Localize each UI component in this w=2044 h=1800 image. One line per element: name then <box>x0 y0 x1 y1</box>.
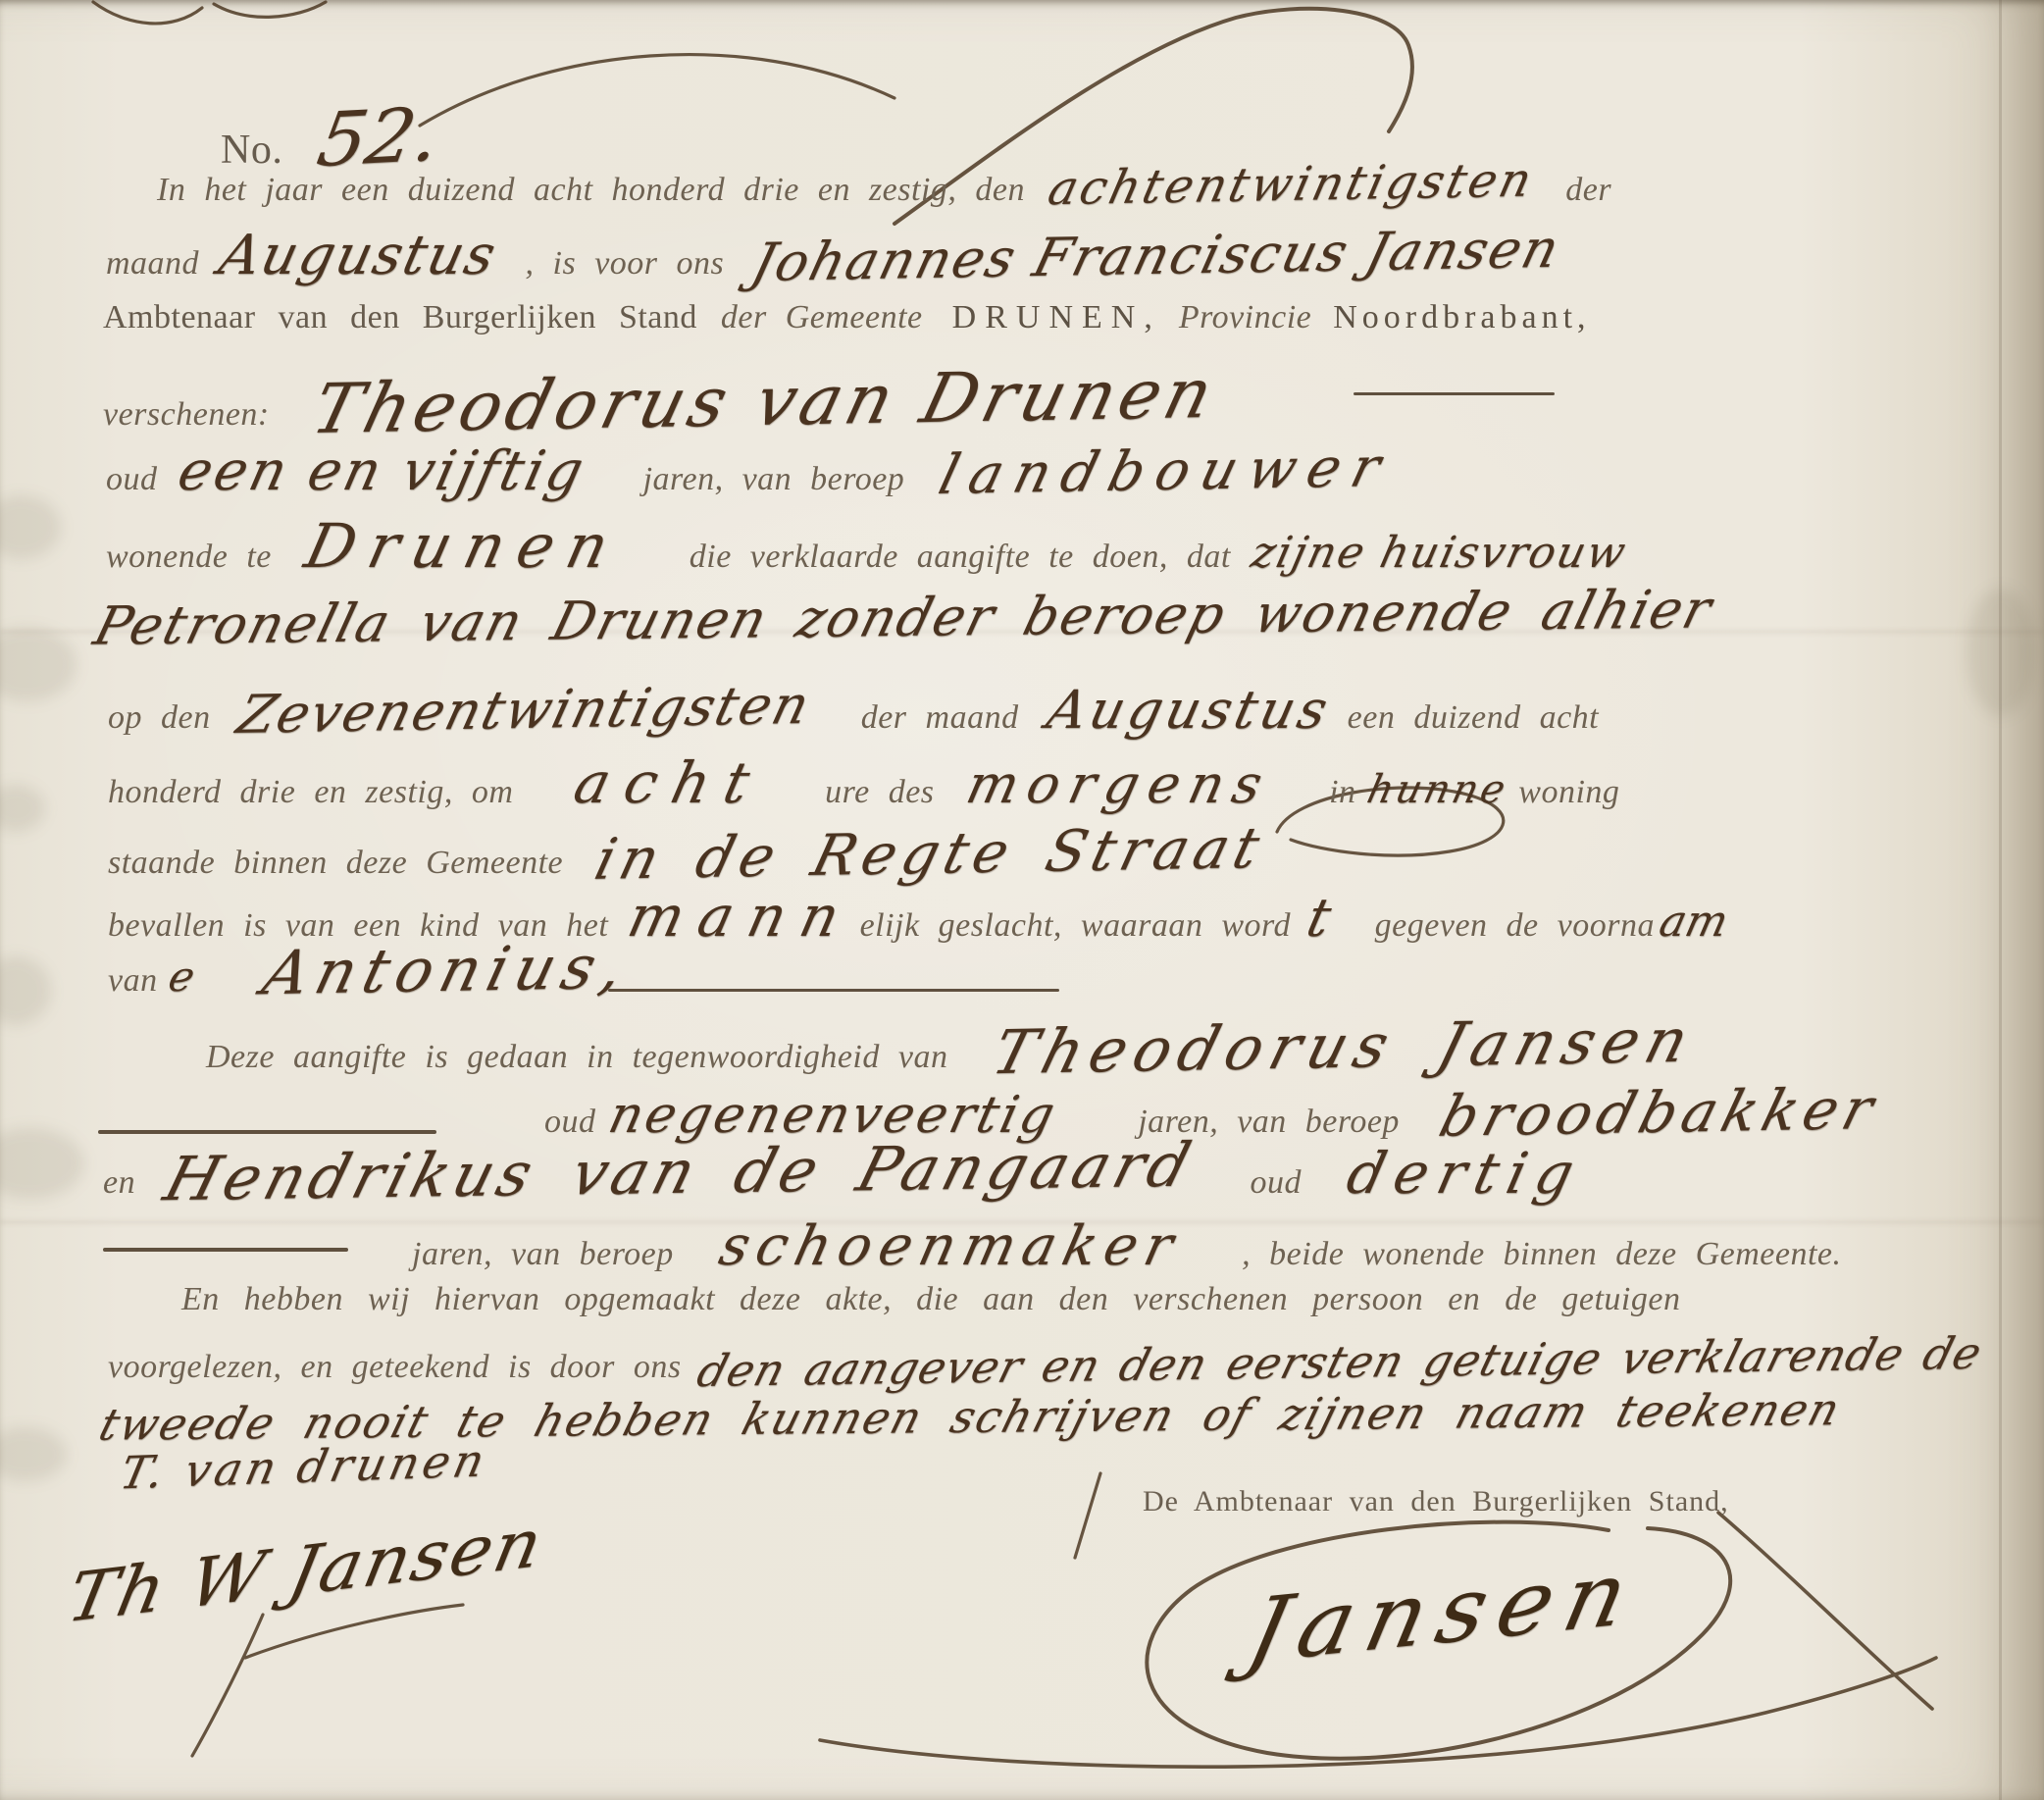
bleedthrough-mark <box>0 1128 84 1199</box>
hw-witness2-occupation: schoenmaker <box>713 1214 1186 1278</box>
printed-en-hebben-wij: En hebben wij hiervan opgemaakt deze akt… <box>181 1281 1680 1317</box>
printed-deze-aangifte: Deze aangifte is gedaan in tegenwoordigh… <box>206 1039 947 1075</box>
hw-declarant-occupation: landbouwer <box>933 436 1399 507</box>
printed-closing: De Ambtenaar van den Burgerlijken Stand, <box>1143 1485 1729 1517</box>
act-line-7: Petronella van Drunen zonder beroep wone… <box>98 587 1710 648</box>
printed-in: in <box>1329 774 1355 810</box>
act-line-4: verschenen: Theodorus van Drunen <box>103 361 1213 441</box>
hw-birth-month: Augustus <box>1041 679 1337 741</box>
hw-word-e: e <box>164 952 199 1001</box>
hw-word-am: am <box>1655 897 1733 947</box>
printed-van: van <box>108 962 158 999</box>
printed-een-duizend-acht: een duizend acht <box>1348 699 1600 736</box>
flourish-stroke <box>93 2 202 24</box>
printed-elijk-geslacht: elijk geslacht, waaraan word <box>860 907 1291 944</box>
hw-signature-official: Jansen <box>1239 1540 1649 1684</box>
printed-maand: maand <box>106 245 199 282</box>
printed-wonende-te: wonende te <box>106 539 272 575</box>
hw-signature-declarant: T. van drunen <box>116 1434 493 1500</box>
page-edge <box>1999 0 2002 1800</box>
flourish-stroke <box>192 1615 263 1756</box>
hw-registrar-name: Johannes Franciscus Jansen <box>746 218 1567 293</box>
hw-hunne: hunne <box>1362 767 1511 812</box>
printed-der-maand: der maand <box>861 699 1019 736</box>
filler-line <box>98 1130 436 1134</box>
hw-declarant-age: een en vijftig <box>172 439 591 503</box>
hw-birth-hour: acht <box>569 749 772 816</box>
bleedthrough-mark <box>0 628 77 701</box>
printed-op-den: op den <box>108 699 211 736</box>
declarant-signature: T. van drunen <box>123 1440 485 1493</box>
flourish-stroke <box>245 1605 463 1658</box>
hw-child-name: Antonius, <box>256 931 639 1008</box>
act-line-8: op den Zevenentwintigsten der maand Augu… <box>108 679 1599 741</box>
official-signature: Jansen <box>1255 1560 1632 1665</box>
printed-en: en <box>103 1164 135 1201</box>
act-line-12: van e Antonius, <box>108 934 630 1005</box>
printed-voorgelezen: voorgelezen, en geteekend is door ons <box>108 1349 682 1385</box>
municipality-name: DRUNEN, <box>952 299 1161 335</box>
printed-beide-wonende: , beide wonende binnen deze Gemeente. <box>1242 1236 1841 1272</box>
hw-signature-witness: Th W Jansen <box>61 1503 550 1638</box>
printed-der-gemeente: der Gemeente <box>721 299 923 335</box>
act-line-17: En hebben wij hiervan opgemaakt deze akt… <box>181 1281 1680 1318</box>
printed-is-voor-ons: , is voor ons <box>526 245 725 282</box>
hw-day-of-month: achtentwintigsten <box>1043 153 1539 217</box>
flourish-stroke <box>1075 1473 1100 1558</box>
act-line-3: Ambtenaar van den Burgerlijken Stand der… <box>103 299 1591 336</box>
printed-verklaarde-aangifte: die verklaarde aangifte te doen, dat <box>690 539 1231 575</box>
printed-ambtenaar-phrase: Ambtenaar van den Burgerlijken Stand <box>103 299 697 335</box>
filler-line <box>103 1248 348 1252</box>
filler-line <box>1354 392 1555 395</box>
hw-gender-mann: mann <box>622 883 861 950</box>
act-line-5: oud een en vijftig jaren, van beroep lan… <box>106 439 1390 503</box>
printed-ure-des: ure des <box>825 774 934 810</box>
hw-witness1-name: Theodorus Jansen <box>986 1004 1705 1088</box>
act-line-1: In het jaar een duizend acht honderd dri… <box>157 157 1611 212</box>
hw-declarant-name: Theodorus van Drunen <box>304 353 1225 449</box>
printed-year-phrase: In het jaar een duizend acht honderd dri… <box>157 172 1025 208</box>
act-line-10: staande binnen deze Gemeente in de Regte… <box>108 820 1262 887</box>
hw-mother-name: Petronella van Drunen zonder beroep wone… <box>88 578 1719 656</box>
filler-line <box>608 989 1059 992</box>
printed-oud-3: oud <box>1250 1164 1302 1201</box>
flourish-stroke <box>820 1658 1936 1767</box>
hw-daypart: morgens <box>960 753 1277 815</box>
birth-certificate-page: No. 52. In het jaar een duizend acht hon… <box>0 0 2044 1800</box>
act-line-6: wonende te Drunen die verklaarde aangift… <box>106 510 1626 582</box>
printed-woning: woning <box>1518 774 1619 810</box>
printed-jaren-beroep-3: jaren, van beroep <box>412 1236 674 1272</box>
bleedthrough-mark <box>0 785 45 832</box>
act-line-2: maand Augustus , is voor ons Johannes Fr… <box>106 224 1558 287</box>
flourish-stroke <box>420 55 894 126</box>
act-line-18: voorgelezen, en geteekend is door ons de… <box>108 1336 1978 1388</box>
printed-verschenen: verschenen: <box>103 396 270 433</box>
flourish-stroke <box>214 2 326 17</box>
act-line-13: Deze aangifte is gedaan in tegenwoordigh… <box>206 1010 1693 1082</box>
act-line-15: en Hendrikus van de Pangaard oud dertig <box>103 1136 1582 1208</box>
hw-zijne-huisvrouw: zijne huisvrouw <box>1247 528 1632 578</box>
printed-jaren-beroep: jaren, van beroep <box>643 461 905 497</box>
printed-der: der <box>1565 172 1611 208</box>
flourish-stroke <box>1718 1513 1932 1709</box>
province-name: Noordbrabant, <box>1333 299 1590 335</box>
printed-gegeven-voorna: gegeven de voorna <box>1375 907 1655 944</box>
printed-provincie: Provincie <box>1179 299 1311 335</box>
bleedthrough-mark <box>0 495 61 559</box>
printed-oud-2: oud <box>544 1104 596 1140</box>
closing-label: De Ambtenaar van den Burgerlijken Stand, <box>1143 1485 1729 1518</box>
bleedthrough-mark <box>0 956 51 1025</box>
witness-signature: Th W Jansen <box>77 1530 536 1611</box>
act-line-19: tweede nooit te hebben kunnen schrijven … <box>103 1391 1838 1443</box>
hw-month-name: Augustus <box>214 224 503 287</box>
act-line-16: jaren, van beroep schoenmaker , beide wo… <box>412 1214 1842 1278</box>
hw-word-t: t <box>1302 887 1337 949</box>
printed-honderd-zestig: honderd drie en zestig, om <box>108 774 513 810</box>
hw-birth-day: Zevenentwintigsten <box>230 674 817 746</box>
hw-declarant-residence: Drunen <box>298 510 629 582</box>
hw-witness2-name: Hendrikus van de Pangaard <box>157 1129 1202 1215</box>
printed-staande-binnen: staande binnen deze Gemeente <box>108 845 563 881</box>
bleedthrough-mark <box>0 1427 67 1481</box>
hw-witness2-age: dertig <box>1341 1140 1590 1207</box>
hw-street-address: in de Regte Straat <box>588 814 1272 893</box>
printed-oud: oud <box>106 461 158 497</box>
act-line-9: honderd drie en zestig, om acht ure des … <box>108 749 1619 816</box>
